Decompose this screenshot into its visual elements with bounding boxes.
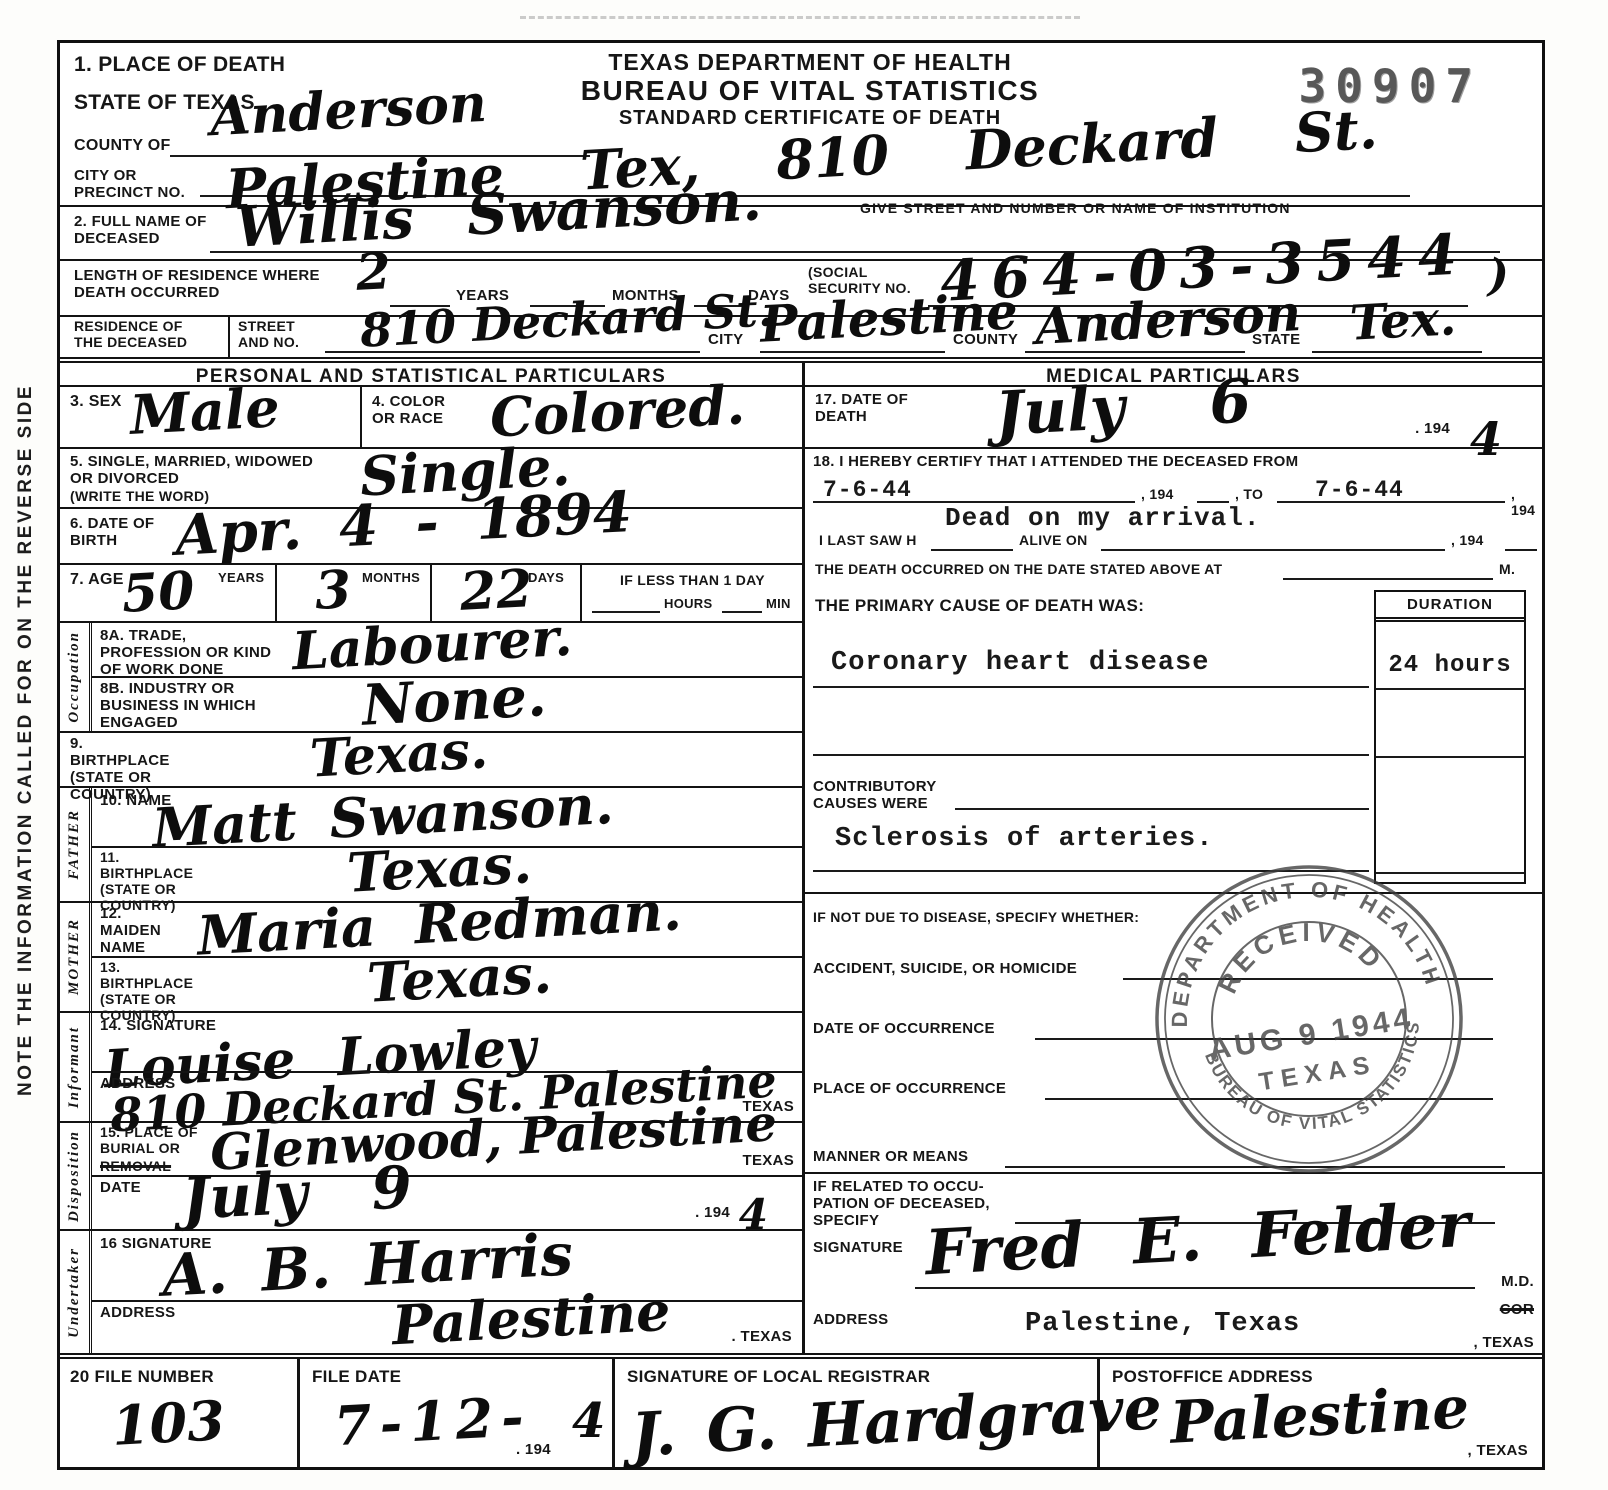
manner-row: MANNER OR MEANS [805, 1142, 1542, 1174]
undertaker-group-label: Undertaker [66, 1247, 83, 1338]
age-years-handwriting: 50 [121, 569, 196, 617]
certify-label: 18. I HEREBY CERTIFY THAT I ATTENDED THE… [813, 453, 1298, 470]
sex-label: 3. SEX [70, 393, 122, 411]
death-occurred-line [1283, 578, 1493, 580]
birthplace-handwriting: Texas. [309, 728, 489, 781]
date-of-occurrence-label: DATE OF OCCURRENCE [813, 1020, 995, 1037]
street-and-no-label: STREET AND NO. [238, 319, 318, 351]
last-saw-line [931, 549, 1013, 551]
contributory-line [813, 870, 1369, 872]
dead-on-arrival-typed: Dead on my arrival. [945, 503, 1260, 533]
medical-column: 17. DATE OF DEATH July 6 . 194 4 18. I H… [805, 387, 1542, 1353]
county-of-label: COUNTY OF [74, 137, 171, 155]
father-group-strip: FATHER [60, 788, 92, 901]
mother-birthplace-row: 13. BIRTHPLACE (STATE OR COUNTRY) Texas. [92, 956, 802, 1011]
form-header: TEXAS DEPARTMENT OF HEALTH BUREAU OF VIT… [480, 49, 1140, 130]
margin-note-text: NOTE THE INFORMATION CALLED FOR ON THE R… [15, 384, 37, 1096]
physician-signature-label: SIGNATURE [813, 1239, 903, 1256]
sex-handwriting: Male [129, 385, 281, 439]
undertaker-address-handwriting: Palestine [391, 1289, 672, 1349]
header-department: TEXAS DEPARTMENT OF HEALTH [480, 49, 1140, 75]
duration-line-3 [1376, 872, 1524, 874]
birthplace-row: 9. BIRTHPLACE (STATE OR COUNTRY) Texas. [60, 733, 802, 788]
header-standard-certificate: STANDARD CERTIFICATE OF DEATH [480, 107, 1140, 130]
disposition-group-rows: 15. PLACE OF BURIAL OR REMOVAL Glenwood,… [92, 1123, 802, 1229]
industry-label: 8B. INDUSTRY OR BUSINESS IN WHICH ENGAGE… [100, 680, 285, 731]
section-titles-row: PERSONAL AND STATISTICAL PARTICULARS MED… [60, 357, 1542, 387]
contributory-label-line [955, 808, 1369, 810]
file-year-printed: . 194 [516, 1441, 551, 1458]
min-label: MIN [766, 597, 791, 612]
full-name-label: 2. FULL NAME OF DECEASED [74, 213, 209, 247]
accident-line [1123, 978, 1493, 980]
duration-line-1 [1376, 688, 1524, 690]
death-occurred-label: THE DEATH OCCURRED ON THE DATE STATED AB… [815, 562, 1222, 578]
father-group: FATHER 10. NAME Matt Swanson. 11. BIRTHP… [60, 788, 802, 903]
undertaker-address-label: ADDRESS [100, 1304, 175, 1321]
certify-to-label: , TO [1235, 487, 1263, 503]
undertaker-address-row: ADDRESS Palestine . TEXAS [92, 1300, 802, 1353]
registrar-footer-row: 20 FILE NUMBER 103 FILE DATE 7-12- . 194… [60, 1353, 1542, 1469]
file-number-handwriting: 103 [111, 1398, 226, 1450]
dob-handwriting: Apr. 4 - 1894 [174, 489, 633, 560]
cor-struck-label: COR [1500, 1301, 1534, 1318]
accident-suicide-label: ACCIDENT, SUICIDE, OR HOMICIDE [813, 960, 1077, 977]
file-date-label: FILE DATE [312, 1367, 401, 1386]
place-of-death-row: 1. PLACE OF DEATH STATE OF TEXAS COUNTY … [60, 43, 1542, 207]
duration-typed: 24 hours [1376, 652, 1524, 679]
place-of-death-title: 1. PLACE OF DEATH [74, 53, 285, 77]
contributory-typed: Sclerosis of arteries. [835, 824, 1213, 854]
personal-column: 3. SEX Male 4. COLOR OR RACE Colored. 5.… [60, 387, 805, 1353]
violence-section: IF NOT DUE TO DISEASE, SPECIFY WHETHER: … [805, 894, 1542, 1142]
date-of-death-label: 17. DATE OF DEATH [815, 391, 910, 425]
duration-label: DURATION [1376, 592, 1524, 622]
age-divider-1 [275, 565, 277, 621]
last-saw-label: I LAST SAW H [819, 533, 917, 549]
primary-cause-label: THE PRIMARY CAUSE OF DEATH WAS: [815, 596, 1144, 615]
disposition-group-strip: Disposition [60, 1123, 92, 1229]
informant-signature-label: 14. SIGNATURE [100, 1017, 216, 1034]
physician-address-label: ADDRESS [813, 1311, 888, 1328]
duration-line-2 [1376, 756, 1524, 758]
sex-race-divider [360, 387, 362, 447]
physician-state-label: , TEXAS [1474, 1334, 1534, 1351]
marital-label: 5. SINGLE, MARRIED, WIDOWED OR DIVORCED [70, 453, 320, 487]
registrar-signature-handwriting: J. G. Hardgrave [630, 1383, 1163, 1462]
maiden-name-label: 12. MAIDEN NAME [100, 905, 185, 956]
date-of-death-row: 17. DATE OF DEATH July 6 . 194 4 [805, 387, 1542, 449]
race-label: 4. COLOR OR RACE [372, 393, 462, 427]
sex-race-row: 3. SEX Male 4. COLOR OR RACE Colored. [60, 387, 802, 449]
occupation-group-strip: Occupation [60, 623, 92, 731]
physician-signature-line [915, 1287, 1475, 1289]
registrar-label: SIGNATURE OF LOCAL REGISTRAR [627, 1367, 930, 1386]
mother-group-rows: 12. MAIDEN NAME Maria Redman. 13. BIRTHP… [92, 903, 802, 1011]
mother-group-label: MOTHER [66, 918, 83, 995]
postoffice-cell: POSTOFFICE ADDRESS Palestine , TEXAS [1100, 1359, 1542, 1469]
file-number-label: 20 FILE NUMBER [70, 1367, 214, 1386]
residence-address-row: RESIDENCE OF THE DECEASED STREET AND NO.… [60, 317, 1542, 357]
burial-place-label: 15. PLACE OF BURIAL OR [100, 1125, 200, 1157]
certify-year1: , 194 [1141, 487, 1174, 503]
postoffice-state-label: , TEXAS [1468, 1442, 1528, 1459]
hours-line [592, 611, 660, 613]
burial-year-printed: . 194 [695, 1204, 730, 1221]
place-of-occurrence-label: PLACE OF OCCURRENCE [813, 1080, 1006, 1097]
certificate-body: 1. PLACE OF DEATH STATE OF TEXAS COUNTY … [57, 40, 1545, 1470]
residence-years-handwriting: 2 [355, 250, 392, 294]
physician-address-row: ADDRESS Palestine, Texas COR , TEXAS [805, 1301, 1542, 1353]
file-date-handwriting: 7-12- [333, 1394, 533, 1450]
death-certificate-scan: NOTE THE INFORMATION CALLED FOR ON THE R… [0, 0, 1608, 1490]
md-label: M.D. [1501, 1273, 1534, 1290]
year3-line [1505, 549, 1537, 551]
file-year-handwriting: 4 [572, 1401, 605, 1442]
res-state-handwriting: Tex. [1349, 298, 1457, 344]
disposition-group-label: Disposition [66, 1130, 83, 1222]
father-group-label: FATHER [66, 809, 83, 880]
registrar-cell: SIGNATURE OF LOCAL REGISTRAR J. G. Hardg… [615, 1359, 1100, 1469]
less-than-day-label: IF LESS THAN 1 DAY [620, 573, 765, 589]
occupation-group-label: Occupation [66, 631, 83, 723]
not-due-to-disease-label: IF NOT DUE TO DISEASE, SPECIFY WHETHER: [813, 910, 1139, 926]
primary-cause-section: THE PRIMARY CAUSE OF DEATH WAS: Coronary… [805, 586, 1542, 894]
certificate-number-stamp: 30907 [1299, 59, 1482, 113]
length-of-residence-label: LENGTH OF RESIDENCE WHERE DEATH OCCURRED [74, 267, 329, 301]
attended-to-date-typed: 7-6-44 [1315, 477, 1404, 503]
undertaker-group-strip: Undertaker [60, 1231, 92, 1353]
father-group-rows: 10. NAME Matt Swanson. 11. BIRTHPLACE (S… [92, 788, 802, 901]
burial-year-handwriting: 4 [739, 1197, 768, 1233]
occupation-group-rows: 8A. TRADE, PROFESSION OR KIND OF WORK DO… [92, 623, 802, 731]
scan-edge-artifact [520, 16, 1080, 19]
file-date-cell: FILE DATE 7-12- . 194 4 [300, 1359, 615, 1469]
margin-note: NOTE THE INFORMATION CALLED FOR ON THE R… [8, 300, 44, 1180]
file-number-cell: 20 FILE NUMBER 103 [60, 1359, 300, 1469]
mother-group: MOTHER 12. MAIDEN NAME Maria Redman. 13.… [60, 903, 802, 1013]
physician-signature-row: SIGNATURE Fred E. Felder M.D. [805, 1229, 1542, 1301]
ssn-close-paren: ) [1488, 257, 1509, 294]
certify-year3: , 194 [1451, 533, 1484, 549]
city-precinct-label: CITY OR PRECINCT NO. [74, 167, 189, 201]
age-days-handwriting: 22 [459, 567, 534, 615]
attended-from-date-typed: 7-6-44 [823, 477, 912, 503]
age-divider-2 [430, 565, 432, 621]
contributory-label: CONTRIBUTORY CAUSES WERE [813, 778, 953, 812]
race-handwriting: Colored. [489, 382, 746, 441]
cause-line-2 [813, 754, 1369, 756]
res-county-label: COUNTY [953, 331, 1018, 348]
occupation-group: Occupation 8A. TRADE, PROFESSION OR KIND… [60, 623, 802, 733]
meridian-label: M. [1499, 562, 1515, 578]
trade-label: 8A. TRADE, PROFESSION OR KIND OF WORK DO… [100, 627, 285, 678]
particulars-columns: 3. SEX Male 4. COLOR OR RACE Colored. 5.… [60, 387, 1542, 1353]
informant-group-strip: Informant [60, 1013, 92, 1121]
alive-on-label: ALIVE ON [1019, 533, 1088, 549]
dob-label: 6. DATE OF BIRTH [70, 515, 155, 549]
disposition-group: Disposition 15. PLACE OF BURIAL OR REMOV… [60, 1123, 802, 1231]
burial-date-handwriting: July 9 [181, 1163, 413, 1224]
informant-group-label: Informant [66, 1026, 83, 1108]
certify-year2: , 194 [1511, 487, 1542, 519]
postoffice-handwriting: Palestine [1169, 1383, 1470, 1448]
header-bureau: BUREAU OF VITAL STATISTICS [480, 75, 1140, 107]
death-occurred-row: THE DEATH OCCURRED ON THE DATE STATED AB… [805, 554, 1542, 586]
residence-of-deceased-label: RESIDENCE OF THE DECEASED [74, 319, 199, 351]
mother-birthplace-handwriting: Texas. [366, 951, 553, 1006]
dod-year-printed: . 194 [1415, 420, 1450, 437]
certify-row: 18. I HEREBY CERTIFY THAT I ATTENDED THE… [805, 449, 1542, 554]
age-days-label: DAYS [528, 571, 564, 586]
primary-cause-typed: Coronary heart disease [831, 648, 1209, 678]
manner-or-means-label: MANNER OR MEANS [813, 1148, 968, 1165]
duration-box: DURATION 24 hours [1374, 590, 1526, 884]
manner-line [1005, 1166, 1505, 1168]
physician-address-typed: Palestine, Texas [1025, 1309, 1300, 1339]
age-months-handwriting: 3 [314, 568, 352, 614]
mother-group-strip: MOTHER [60, 903, 92, 1011]
age-label: 7. AGE [70, 571, 124, 589]
place-of-occurrence-line [1045, 1098, 1493, 1100]
min-line [722, 611, 762, 613]
county-handwriting: Anderson [209, 82, 488, 141]
date-of-death-handwriting: July 6 [994, 376, 1253, 440]
res-city-label: CITY [708, 331, 743, 348]
res-state-line [1312, 351, 1482, 353]
alive-on-line [1101, 549, 1445, 551]
date-of-birth-row: 6. DATE OF BIRTH Apr. 4 - 1894 [60, 509, 802, 565]
hours-label: HOURS [664, 597, 712, 612]
age-divider-3 [580, 565, 582, 621]
burial-state-label: TEXAS [742, 1152, 794, 1169]
residence-divider [228, 317, 230, 357]
age-years-label: YEARS [218, 571, 264, 586]
cause-line-1 [813, 686, 1369, 688]
res-state-label: STATE [1252, 331, 1300, 348]
burial-date-row: DATE July 9 . 194 4 [92, 1175, 802, 1229]
undertaker-address-state: . TEXAS [732, 1328, 792, 1345]
undertaker-group: Undertaker 16 SIGNATURE A. B. Harris ADD… [60, 1231, 802, 1353]
undertaker-group-rows: 16 SIGNATURE A. B. Harris ADDRESS Palest… [92, 1231, 802, 1353]
burial-date-label: DATE [100, 1179, 141, 1196]
burial-removal-struck-label: REMOVAL [100, 1159, 171, 1175]
age-months-label: MONTHS [362, 571, 420, 586]
date-of-occurrence-line [1035, 1038, 1493, 1040]
